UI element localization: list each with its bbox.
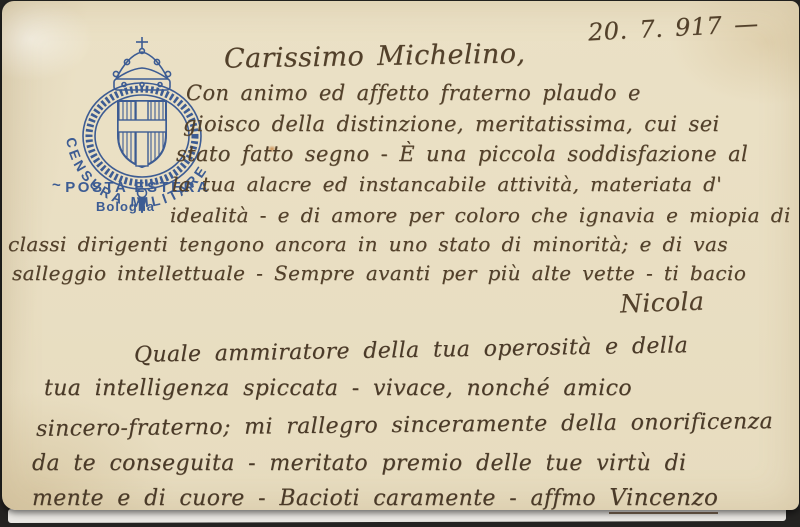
handwritten-line: gioisco della distinzione, meritatissima…: [183, 112, 720, 136]
savoy-shield-icon: [118, 101, 166, 167]
signature-primary: Nicola: [620, 287, 705, 319]
handwritten-line: sincero-fraterno; mi rallegro sinceramen…: [36, 409, 773, 442]
bologna-label: Bologna: [96, 199, 155, 214]
handwritten-line: la tua alacre ed instancabile attività, …: [172, 172, 722, 196]
postcard-scan: CENSURA MILITARE ~POSTA ESTERA Bologna 2…: [0, 0, 800, 527]
crown-icon: [113, 37, 170, 90]
handwritten-line: Quale ammiratore della tua operosità e d…: [134, 333, 689, 368]
ornament-dash: ~: [52, 177, 63, 194]
handwritten-line: stato fatto segno - È una piccola soddis…: [176, 142, 748, 166]
handwritten-line: idealità - e di amore per coloro che ign…: [170, 203, 791, 227]
handwritten-line: Con animo ed affetto fraterno plaudo e: [186, 81, 641, 105]
postcard: CENSURA MILITARE ~POSTA ESTERA Bologna 2…: [2, 1, 799, 510]
closing-text: mente e di cuore - Bacioti caramente - a…: [32, 486, 596, 511]
handwritten-date: 20. 7. 917 —: [587, 10, 759, 47]
handwritten-line: classi dirigenti tengono ancora in uno s…: [8, 232, 728, 256]
handwritten-line: Carissimo Michelino,: [224, 38, 526, 74]
signature-secondary: Vincenzo: [609, 485, 718, 514]
handwritten-line: mente e di cuore - Bacioti caramente - a…: [32, 485, 718, 511]
handwritten-line: tua intelligenza spiccata - vivace, nonc…: [44, 376, 632, 401]
handwritten-line: salleggio intellettuale - Sempre avanti …: [12, 261, 746, 285]
handwritten-line: da te conseguita - meritato premio delle…: [32, 451, 687, 476]
